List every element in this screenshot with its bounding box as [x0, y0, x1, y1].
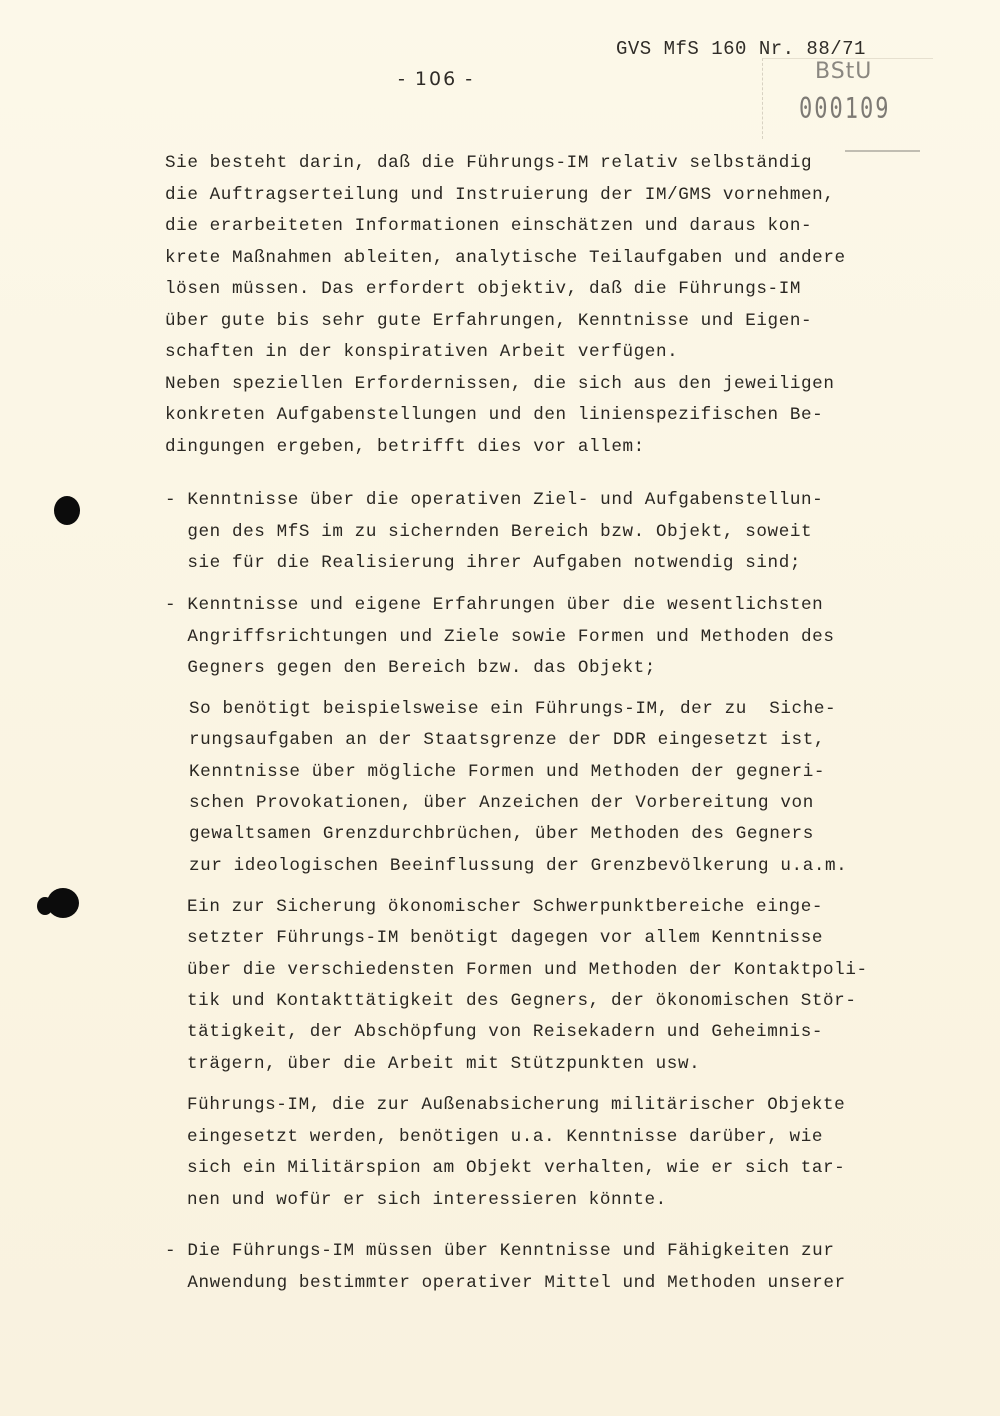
- text-line: Ein zur Sicherung ökonomischer Schwerpun…: [187, 899, 823, 917]
- text-line: So benötigt beispielsweise ein Führungs-…: [189, 701, 836, 719]
- text-line: - Kenntnisse und eigene Erfahrungen über…: [165, 597, 823, 615]
- stamp-underline: [845, 150, 920, 152]
- text-line: dingungen ergeben, betrifft dies vor all…: [165, 439, 645, 457]
- text-line: tik und Kontakttätigkeit des Gegners, de…: [187, 993, 856, 1011]
- text-line: Angriffsrichtungen und Ziele sowie Forme…: [165, 629, 834, 647]
- document-page: GVS MfS 160 Nr. 88/71 - 106 - BStU 00010…: [0, 0, 1000, 1416]
- text-line: gewaltsamen Grenzdurchbrüchen, über Meth…: [189, 826, 814, 844]
- text-line: die Auftragserteilung und Instruierung d…: [165, 187, 834, 205]
- page-number: - 106 -: [398, 68, 474, 90]
- punch-hole-icon: [37, 897, 53, 915]
- text-line: krete Maßnahmen ableiten, analytische Te…: [165, 250, 846, 268]
- text-line: sie für die Realisierung ihrer Aufgaben …: [165, 555, 801, 573]
- text-line: - Kenntnisse über die operativen Ziel- u…: [165, 492, 823, 510]
- text-line: zur ideologischen Beeinflussung der Gren…: [189, 858, 847, 876]
- text-line: konkreten Aufgabenstellungen und den lin…: [165, 407, 823, 425]
- punch-hole-icon: [54, 496, 80, 525]
- text-line: setzter Führungs-IM benötigt dagegen vor…: [187, 930, 823, 948]
- text-line: Neben speziellen Erfordernissen, die sic…: [165, 376, 834, 394]
- text-line: trägern, über die Arbeit mit Stützpunkte…: [187, 1056, 700, 1074]
- stamp-label: BStU: [815, 59, 872, 84]
- text-line: sich ein Militärspion am Objekt verhalte…: [187, 1160, 845, 1178]
- text-line: über gute bis sehr gute Erfahrungen, Ken…: [165, 313, 812, 331]
- text-line: die erarbeiteten Informationen einschätz…: [165, 218, 812, 236]
- archive-stamp: BStU 000109: [762, 58, 933, 139]
- text-line: Sie besteht darin, daß die Führungs-IM r…: [165, 155, 812, 173]
- text-line: schaften in der konspirativen Arbeit ver…: [165, 344, 678, 362]
- text-line: nen und wofür er sich interessieren könn…: [187, 1192, 667, 1210]
- text-line: gen des MfS im zu sichernden Bereich bzw…: [165, 524, 812, 542]
- text-line: Kenntnisse über mögliche Formen und Meth…: [189, 764, 825, 782]
- text-line: über die verschiedensten Formen und Meth…: [187, 962, 868, 980]
- text-line: - Die Führungs-IM müssen über Kenntnisse…: [165, 1243, 834, 1261]
- text-line: tätigkeit, der Abschöpfung von Reisekade…: [187, 1024, 823, 1042]
- text-line: eingesetzt werden, benötigen u.a. Kenntn…: [187, 1129, 823, 1147]
- text-line: rungsaufgaben an der Staatsgrenze der DD…: [189, 732, 825, 750]
- text-line: Gegners gegen den Bereich bzw. das Objek…: [165, 660, 656, 678]
- text-line: Führungs-IM, die zur Außenabsicherung mi…: [187, 1097, 845, 1115]
- document-reference: GVS MfS 160 Nr. 88/71: [616, 38, 866, 60]
- text-line: lösen müssen. Das erfordert objektiv, da…: [165, 281, 801, 299]
- stamp-number: 000109: [799, 93, 890, 126]
- text-line: Anwendung bestimmter operativer Mittel u…: [165, 1275, 846, 1293]
- text-line: schen Provokationen, über Anzeichen der …: [189, 795, 814, 813]
